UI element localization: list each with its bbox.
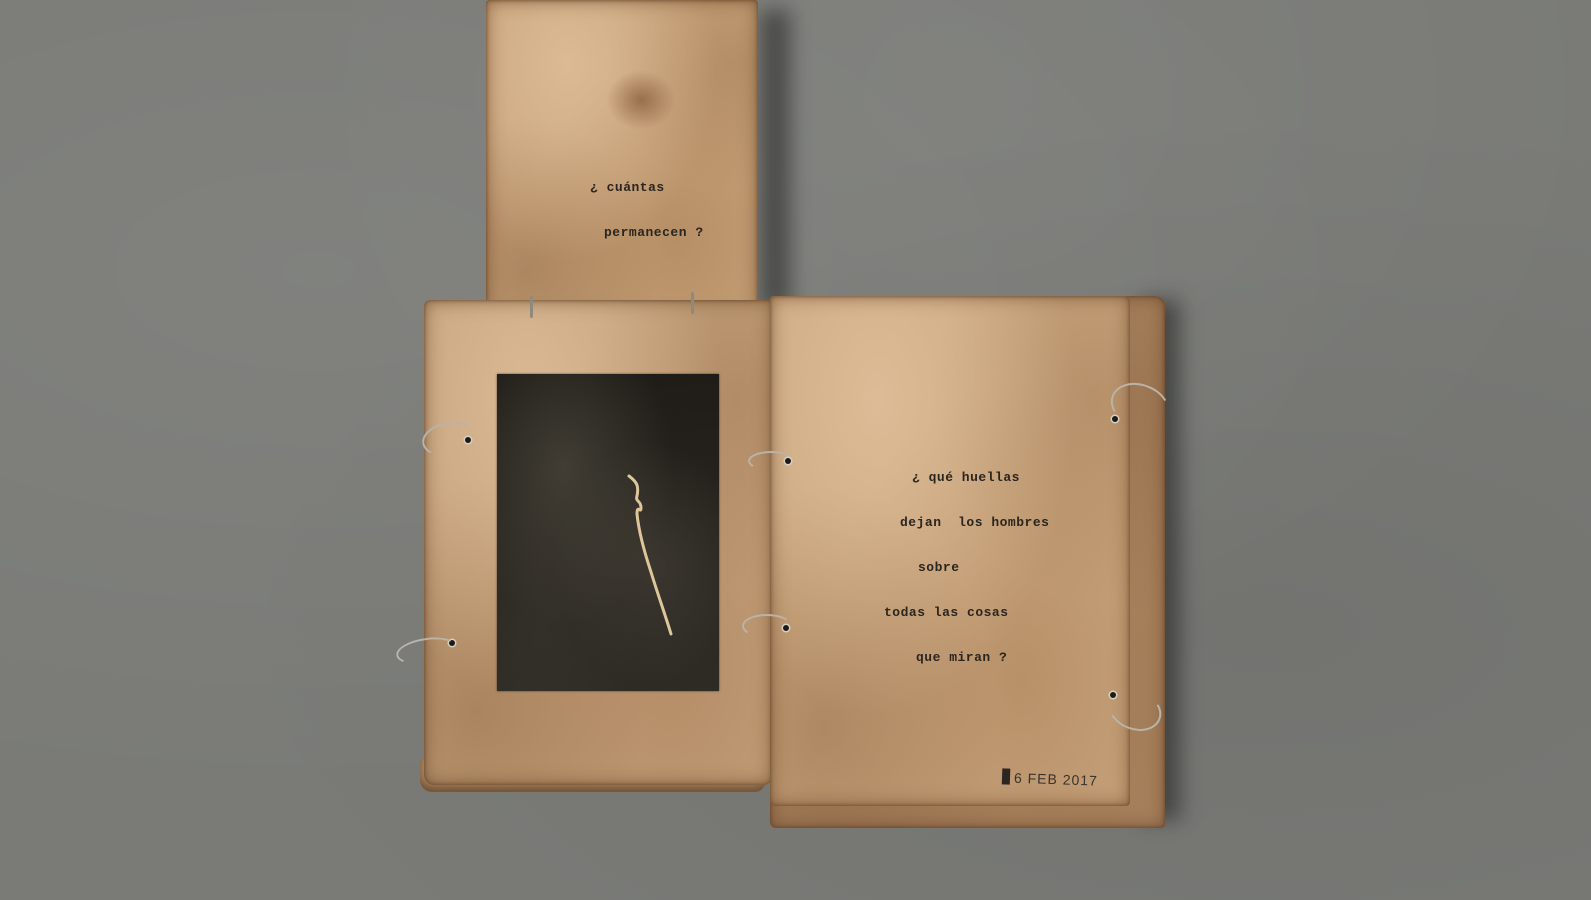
binding-ring-icon <box>742 614 792 638</box>
flap-text-line: permanecen ? <box>590 225 704 240</box>
binding-pin-icon <box>691 292 694 314</box>
date-stamp-text: 6 FEB 2017 <box>1014 770 1098 789</box>
poem-line: sobre <box>884 560 1049 575</box>
binding-ring-icon <box>748 451 794 471</box>
flap-text-line: ¿ cuántas <box>590 180 704 195</box>
poem-line: que miran ? <box>884 650 1049 665</box>
stain <box>606 70 676 130</box>
poem-line: dejan los hombres <box>884 515 1049 530</box>
book-scene: ¿ cuántas permanecen ? ¿ qué huellas dej… <box>0 0 1591 900</box>
stone-photograph <box>497 374 719 691</box>
vein-mark <box>625 474 685 639</box>
right-page-text: ¿ qué huellas dejan los hombres sobre to… <box>884 440 1049 695</box>
binding-pin-icon <box>530 296 533 318</box>
date-stamp: 6 FEB 2017 <box>1002 768 1098 788</box>
flap-text: ¿ cuántas permanecen ? <box>590 150 704 270</box>
flap-shadow <box>760 10 790 310</box>
poem-line: todas las cosas <box>884 605 1049 620</box>
poem-line: ¿ qué huellas <box>884 470 1049 485</box>
stamp-mark-icon <box>1002 768 1011 784</box>
